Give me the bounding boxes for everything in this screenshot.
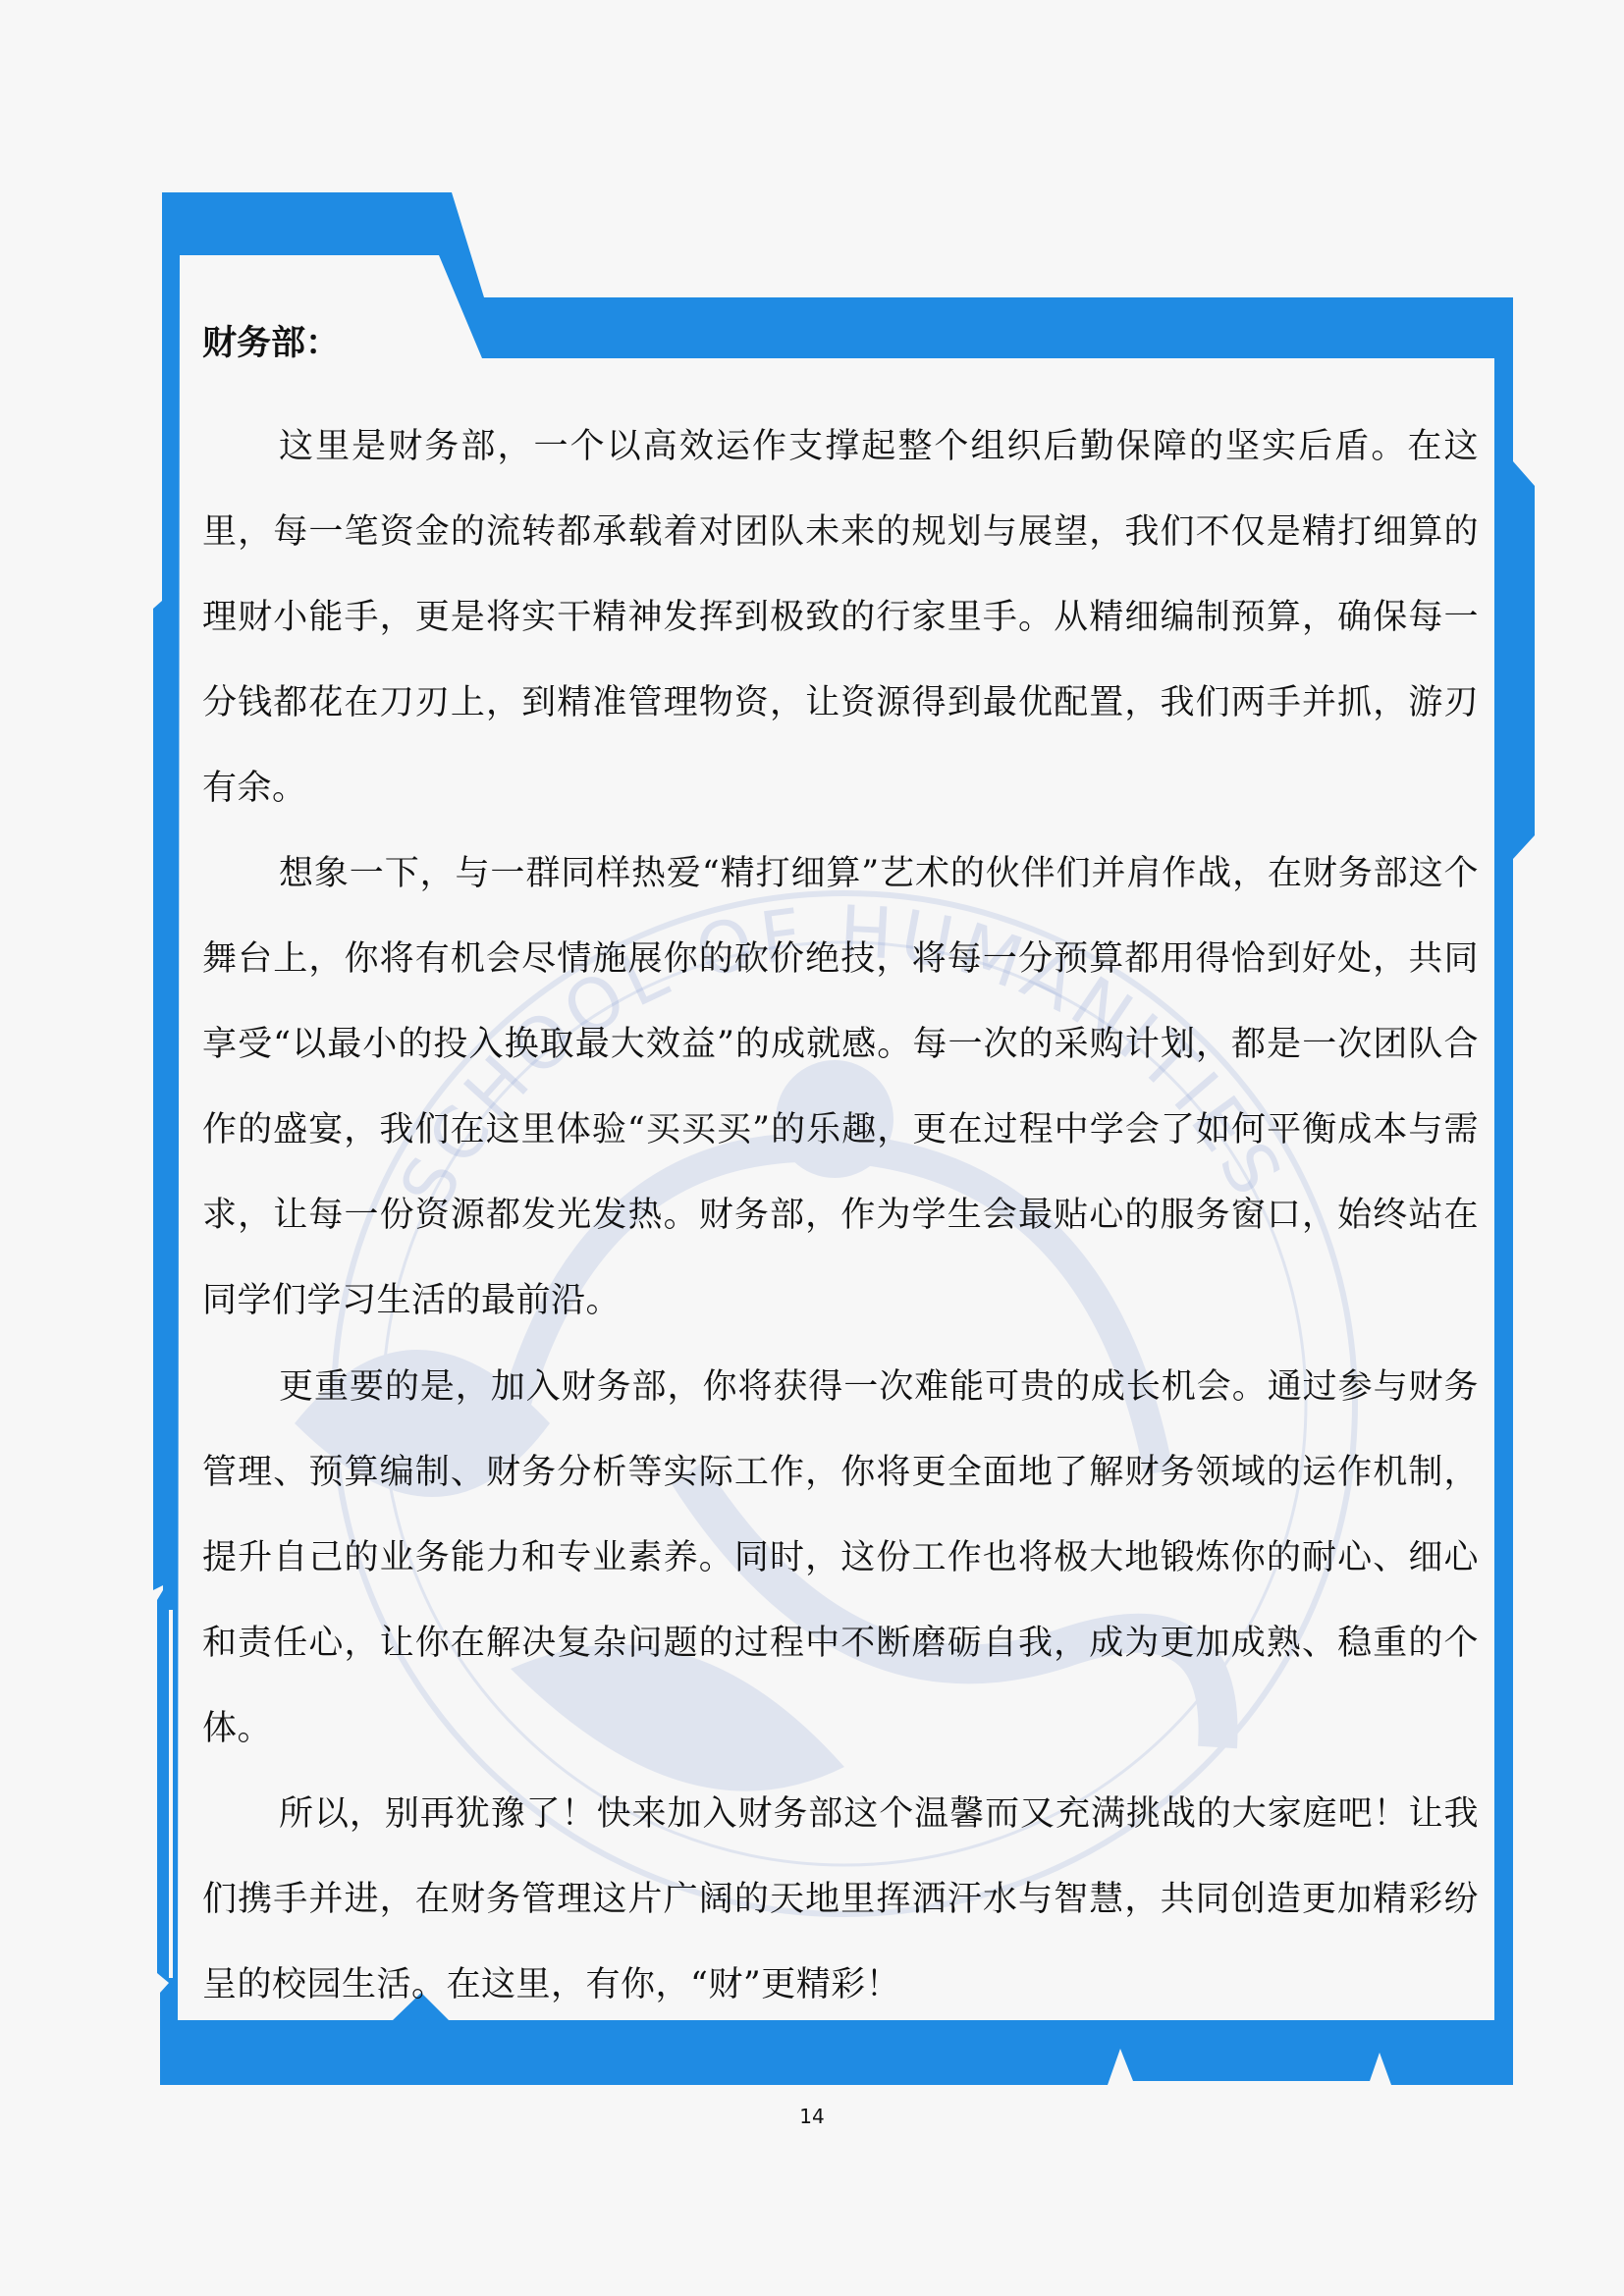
document-body: 财务部： 这里是财务部，一个以高效运作支撑起整个组织后勤保障的坚实后盾。在这里，… — [202, 324, 1479, 363]
page-number: 14 — [0, 2105, 1624, 2128]
paragraph-intro: 这里是财务部，一个以高效运作支撑起整个组织后勤保障的坚实后盾。在这里，每一笔资金… — [202, 404, 1479, 831]
paragraph-growth: 更重要的是，加入财务部，你将获得一次难能可贵的成长机会。通过参与财务管理、预算编… — [202, 1345, 1479, 1772]
frame-split-line — [169, 1610, 173, 1978]
paragraph-invitation: 所以，别再犹豫了！快来加入财务部这个温馨而又充满挑战的大家庭吧！让我们携手并进，… — [202, 1772, 1479, 2028]
paragraph-imagine: 想象一下，与一群同样热爱“精打细算”艺术的伙伴们并肩作战，在财务部这个舞台上，你… — [202, 831, 1479, 1344]
section-heading: 财务部： — [202, 324, 1479, 363]
